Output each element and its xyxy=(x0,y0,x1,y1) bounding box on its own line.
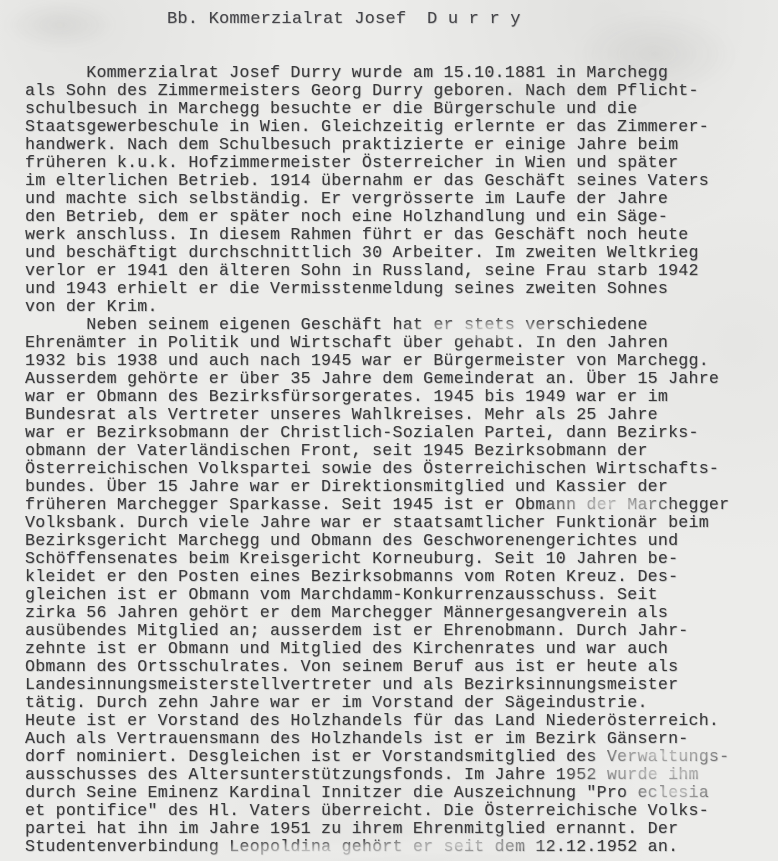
document-title: Bb. Kommerzialrat Josef D u r r y xyxy=(167,10,521,30)
text-line: Neben seinem eigenen Geschäft hat er ste… xyxy=(25,316,765,334)
text-line: Kommerzialrat Josef Durry wurde am 15.10… xyxy=(25,64,765,82)
text-line: und 1943 erhielt er die Vermisstenmeldun… xyxy=(25,280,765,298)
text-line: Studentenverbindung Leopoldina gehört er… xyxy=(25,838,765,856)
scanned-document-page: Bb. Kommerzialrat Josef D u r r y Kommer… xyxy=(0,0,778,861)
text-line: war er Obmann des Bezirksfürsorgerates. … xyxy=(25,388,765,406)
scan-smudge xyxy=(0,0,140,60)
text-line: war er Bezirksobmann der Christlich-Sozi… xyxy=(25,424,765,442)
text-line: dorf nominiert. Desgleichen ist er Vorst… xyxy=(25,748,765,766)
text-line: früheren k.u.k. Hofzimmermeister Österre… xyxy=(25,154,765,172)
text-line: et pontifice" des Hl. Vaters überreicht.… xyxy=(25,802,765,820)
text-line: Bundesrat als Vertreter unseres Wahlkrei… xyxy=(25,406,765,424)
text-line: und beschäftigt durchschnittlich 30 Arbe… xyxy=(25,244,765,262)
text-line: Österreichischen Volkspartei sowie des Ö… xyxy=(25,460,765,478)
text-line: obmann der Vaterländischen Front, seit 1… xyxy=(25,442,765,460)
text-line: ausübendes Mitglied an; ausserdem ist er… xyxy=(25,622,765,640)
text-line: Schöffensenates beim Kreisgericht Korneu… xyxy=(25,550,765,568)
text-line: Ausserdem gehörte er über 35 Jahre dem G… xyxy=(25,370,765,388)
text-line: Obmann des Ortsschulrates. Von seinem Be… xyxy=(25,658,765,676)
text-line: zirka 56 Jahren gehört er dem Marchegger… xyxy=(25,604,765,622)
text-line: als Sohn des Zimmermeisters Georg Durry … xyxy=(25,82,765,100)
text-line: ausschusses des Altersunterstützungsfond… xyxy=(25,766,765,784)
text-line: Landesinnungsmeisterstellvertreter und a… xyxy=(25,676,765,694)
text-line: den Betrieb, dem er später noch eine Hol… xyxy=(25,208,765,226)
text-line: durch Seine Eminenz Kardinal Innitzer di… xyxy=(25,784,765,802)
text-line: kleidet er den Posten eines Bezirksobman… xyxy=(25,568,765,586)
text-line: werk anschluss. In diesem Rahmen führt e… xyxy=(25,226,765,244)
text-line: Heute ist er Vorstand des Holzhandels fü… xyxy=(25,712,765,730)
text-line: im elterlichen Betrieb. 1914 übernahm er… xyxy=(25,172,765,190)
text-line: bundes. Über 15 Jahre war er Direktionsm… xyxy=(25,478,765,496)
text-line: handwerk. Nach dem Schulbesuch praktizie… xyxy=(25,136,765,154)
text-line: schulbesuch in Marchegg besuchte er die … xyxy=(25,100,765,118)
text-line: Staatsgewerbeschule in Wien. Gleichzeiti… xyxy=(25,118,765,136)
text-line: Auch als Vertrauensmann des Holzhandels … xyxy=(25,730,765,748)
text-line: gleichen ist er Obmann vom Marchdamm-Kon… xyxy=(25,586,765,604)
text-line: Volksbank. Durch viele Jahre war er staa… xyxy=(25,514,765,532)
text-line: zehnte ist er Obmann und Mitglied des Ki… xyxy=(25,640,765,658)
text-line: und machte sich selbständig. Er vergröss… xyxy=(25,190,765,208)
text-line: Ehrenämter in Politik und Wirtschaft übe… xyxy=(25,334,765,352)
text-line: partei hat ihn im Jahre 1951 zu ihrem Eh… xyxy=(25,820,765,838)
text-line: Bezirksgericht Marchegg und Obmann des G… xyxy=(25,532,765,550)
text-line: verlor er 1941 den älteren Sohn in Russl… xyxy=(25,262,765,280)
document-body: Kommerzialrat Josef Durry wurde am 15.10… xyxy=(25,64,765,856)
text-line: 1932 bis 1938 und auch nach 1945 war er … xyxy=(25,352,765,370)
text-line: von der Krim. xyxy=(25,298,765,316)
text-line: früheren Marchegger Sparkasse. Seit 1945… xyxy=(25,496,765,514)
text-line: tätig. Durch zehn Jahre war er im Vorsta… xyxy=(25,694,765,712)
